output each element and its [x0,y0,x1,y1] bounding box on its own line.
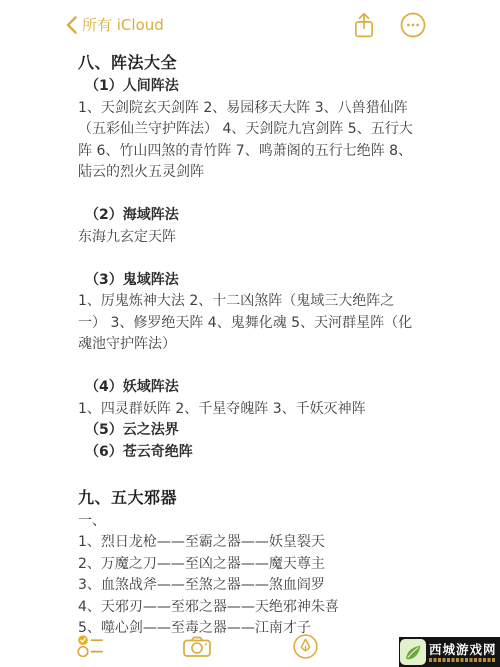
camera-icon [182,635,212,662]
note-line: （4）妖域阵法 [78,377,415,399]
checklist-icon [77,634,105,662]
back-button[interactable]: 所有 iCloud [66,14,164,35]
checklist-button[interactable] [74,634,108,662]
leaf-logo-icon [400,639,426,665]
note-line: 1、天剑院玄天剑阵 2、易园移天大阵 3、八兽猎仙阵（五彩仙兰守护阵法） 4、天… [78,98,415,184]
note-line: 八、阵法大全 [78,50,415,76]
note-line: 一、 [78,511,415,533]
notes-app-screen: 所有 iCloud 八、阵法大全（1）人间阵法 [0,0,500,667]
note-line: （1）人间阵法 [78,76,415,98]
note-body[interactable]: 八、阵法大全（1）人间阵法1、天剑院玄天剑阵 2、易园移天大阵 3、八兽猎仙阵（… [78,50,415,640]
more-options-button[interactable] [398,12,428,42]
note-line: 2、万魔之刀——至凶之器——魔天尊主 [78,554,415,576]
share-icon [351,11,377,44]
note-line: 1、厉鬼炼神大法 2、十二凶煞阵（鬼域三大绝阵之一） 3、修罗绝天阵 4、鬼舞化… [78,291,415,356]
note-blank-line [78,184,415,206]
note-line: （3）鬼域阵法 [78,270,415,292]
note-line: 九、五大邪器 [78,485,415,511]
note-line: 4、天邪刃——至邪之器——天绝邪神朱喜 [78,597,415,619]
ellipsis-circle-icon [399,11,427,43]
note-line: 3、血煞战斧——至煞之器——煞血阎罗 [78,575,415,597]
note-line: 1、烈日龙枪——至霸之器——妖皇裂天 [78,532,415,554]
note-blank-line [78,356,415,378]
note-line: 东海九玄定天阵 [78,227,415,249]
markup-button[interactable] [288,634,322,662]
note-blank-line [78,463,415,485]
markup-pen-icon [292,633,319,664]
note-line: （5）云之法界 [78,420,415,442]
chevron-left-icon [66,16,77,34]
site-watermark: 西城游戏网 [399,637,500,667]
watermark-site-name: 西城游戏网 [429,640,497,658]
note-line: 1、四灵群妖阵 2、千星夺魄阵 3、千妖灭神阵 [78,399,415,421]
back-button-label: 所有 iCloud [82,14,164,35]
camera-button[interactable] [180,634,214,662]
note-blank-line [78,248,415,270]
watermark-subtext-strip [429,658,495,662]
share-button[interactable] [349,12,379,42]
nav-bar: 所有 iCloud [0,8,500,44]
note-line: （2）海域阵法 [78,205,415,227]
note-line: （6）苍云奇绝阵 [78,442,415,464]
